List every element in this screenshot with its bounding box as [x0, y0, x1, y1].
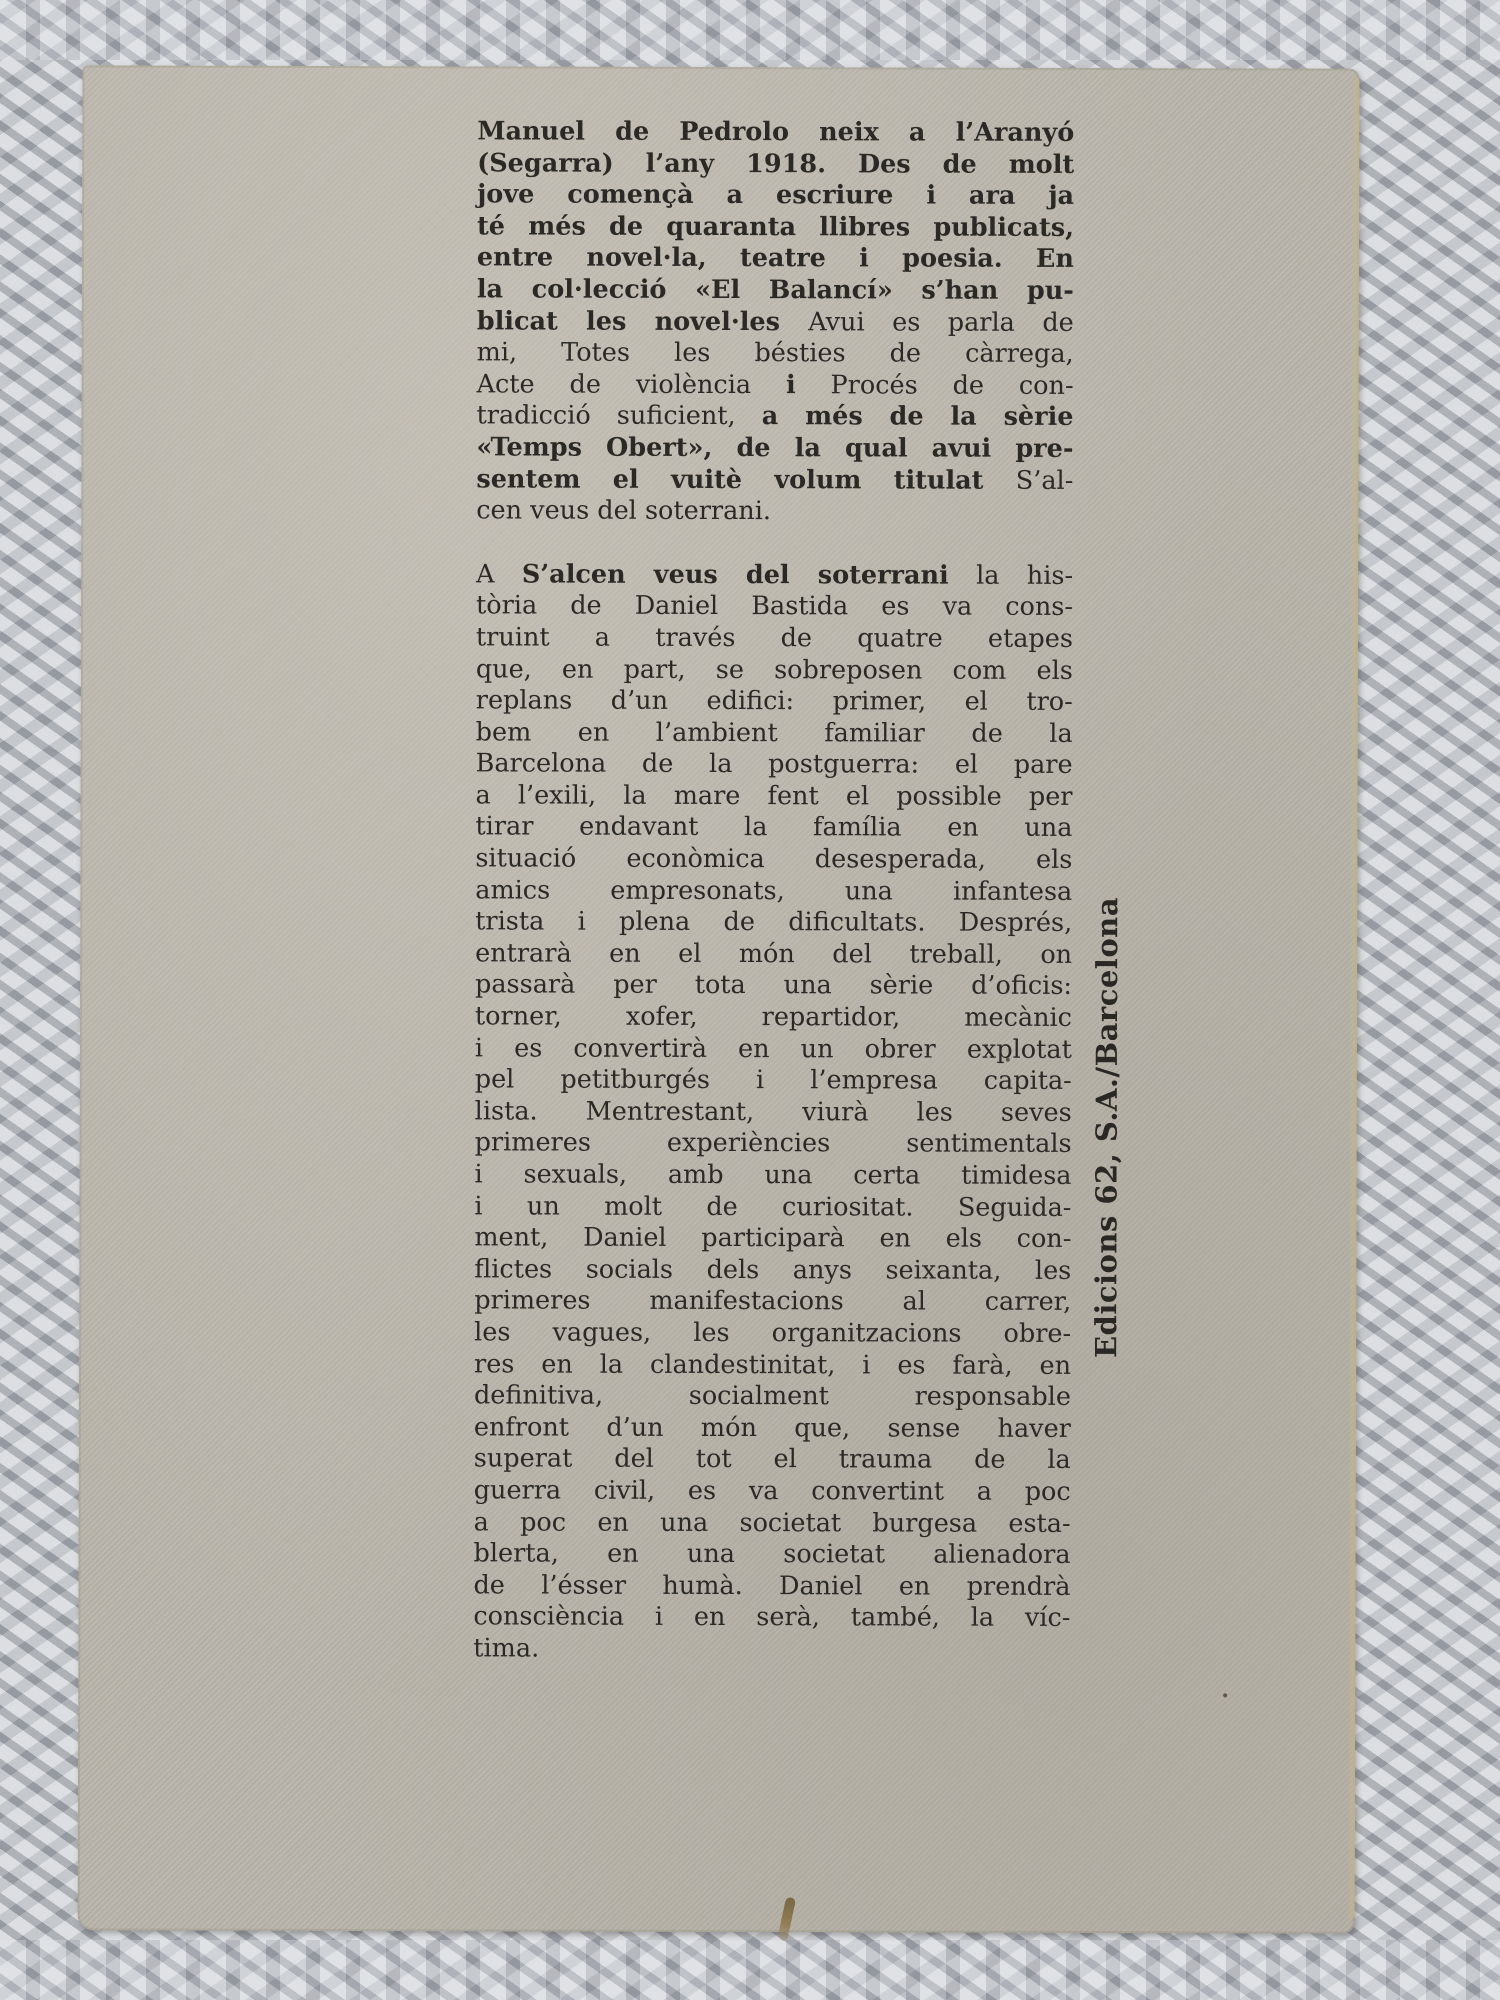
text-run: tima. — [473, 1633, 539, 1663]
text-run: situació econòmica desesperada, els — [475, 843, 1072, 875]
text-run: primeres experiències sentimentals — [475, 1128, 1072, 1160]
text-run: entrarà en el món del treball, on — [475, 938, 1072, 970]
bold-text-run: i — [786, 370, 796, 400]
text-run: de l’ésser humà. Daniel en prendrà — [473, 1570, 1070, 1602]
text-run: flictes socials dels anys seixanta, les — [474, 1254, 1071, 1286]
text-line: de l’ésser humà. Daniel en prendrà — [473, 1570, 1070, 1603]
text-line: bem en l’ambient familiar de la — [476, 717, 1073, 750]
text-run: S’al- — [1016, 465, 1074, 495]
bold-text-run: blicat les novel·les — [477, 306, 809, 337]
text-run: A — [476, 559, 522, 589]
text-line: a l’exili, la mare fent el possible per — [475, 780, 1072, 813]
text-run: primeres manifestacions al carrer, — [474, 1286, 1071, 1318]
text-line: trista i plena de dificultats. Després, — [475, 907, 1072, 940]
text-line: la col·lecció «El Balancí» s’han pu- — [477, 274, 1074, 307]
text-line: entre novel·la, teatre i poesia. En — [477, 243, 1074, 276]
text-run: Avui es parla de — [808, 307, 1074, 338]
text-run: i es convertirà en un obrer explotat — [475, 1033, 1072, 1065]
text-run: passarà per tota una sèrie d’oficis: — [475, 970, 1072, 1002]
text-line: a poc en una societat burgesa esta- — [474, 1507, 1071, 1540]
text-line: Acte de violència i Procés de con- — [477, 369, 1074, 402]
text-line: cen veus del soterrani. — [476, 495, 1073, 528]
text-line: Manuel de Pedrolo neix a l’Aranyó — [477, 116, 1074, 149]
book-back-cover: Manuel de Pedrolo neix a l’Aranyó(Segarr… — [78, 65, 1360, 1933]
text-line: Barcelona de la postguerra: el pare — [476, 749, 1073, 782]
text-line: flictes socials dels anys seixanta, les — [474, 1254, 1071, 1287]
text-run: cen veus del soterrani. — [476, 495, 771, 526]
text-line: i es convertirà en un obrer explotat — [475, 1033, 1072, 1066]
bold-text-run: S’alcen veus del soterrani — [522, 559, 949, 590]
text-run: a l’exili, la mare fent el possible per — [475, 780, 1072, 812]
text-line: tirar endavant la família en una — [475, 812, 1072, 845]
cover-speck — [1006, 1058, 1010, 1062]
text-run: enfront d’un món que, sense haver — [474, 1412, 1071, 1444]
text-run: superat del tot el trauma de la — [474, 1444, 1071, 1476]
text-run: i sexuals, amb una certa timidesa — [475, 1159, 1072, 1191]
text-run: guerra civil, es va convertint a poc — [474, 1475, 1071, 1507]
text-line: torner, xofer, repartidor, mecànic — [475, 1001, 1072, 1034]
text-line: mi, Totes les bésties de càrrega, — [477, 338, 1074, 371]
text-run: mi, Totes les bésties de càrrega, — [477, 338, 1074, 370]
bold-text-run: «Temps Obert», de la qual avui pre- — [476, 432, 1073, 464]
text-line: i sexuals, amb una certa timidesa — [474, 1159, 1071, 1192]
text-run: tòria de Daniel Bastida es va cons- — [476, 591, 1073, 623]
text-run: que, en part, se sobreposen com els — [476, 654, 1073, 686]
author-bio-paragraph: Manuel de Pedrolo neix a l’Aranyó(Segarr… — [476, 116, 1074, 528]
text-run: ment, Daniel participarà en els con- — [474, 1223, 1071, 1255]
text-line: res en la clandestinitat, i es farà, en — [474, 1349, 1071, 1382]
text-run: Procés de con- — [796, 370, 1074, 401]
text-line: definitiva, socialment responsable — [474, 1381, 1071, 1414]
text-run: torner, xofer, repartidor, mecànic — [475, 1001, 1072, 1033]
bold-text-run: té més de quaranta llibres publicats, — [477, 211, 1074, 243]
text-line: consciència i en serà, també, la víc- — [473, 1602, 1070, 1635]
text-line: situació econòmica desesperada, els — [475, 843, 1072, 876]
text-line: lista. Mentrestant, viurà les seves — [475, 1096, 1072, 1129]
text-line: pel petitburgés i l’empresa capita- — [475, 1065, 1072, 1098]
text-line: ment, Daniel participarà en els con- — [474, 1223, 1071, 1256]
text-line: que, en part, se sobreposen com els — [476, 654, 1073, 687]
blurb-text-column: Manuel de Pedrolo neix a l’Aranyó(Segarr… — [473, 116, 1074, 1666]
text-line: superat del tot el trauma de la — [474, 1444, 1071, 1477]
text-run: replans d’un edifici: primer, el tro- — [476, 685, 1073, 717]
text-run: la his- — [949, 560, 1073, 590]
text-run: a poc en una societat burgesa esta- — [474, 1507, 1071, 1539]
text-run: res en la clandestinitat, i es farà, en — [474, 1349, 1071, 1381]
bold-text-run: jove començà a escriure i ara ja — [477, 180, 1074, 212]
rug-pattern-top — [0, 0, 1500, 60]
text-line: amics empresonats, una infantesa — [475, 875, 1072, 908]
text-run: definitiva, socialment responsable — [474, 1381, 1071, 1413]
bold-text-run: sentem el vuitè volum titulat — [476, 464, 1016, 495]
text-line: blerta, en una societat alienadora — [474, 1538, 1071, 1571]
text-line: passarà per tota una sèrie d’oficis: — [475, 970, 1072, 1003]
text-line: truint a través de quatre etapes — [476, 622, 1073, 655]
text-run: bem en l’ambient familiar de la — [476, 717, 1073, 749]
text-run: blerta, en una societat alienadora — [474, 1538, 1071, 1570]
bold-text-run: entre novel·la, teatre i poesia. En — [477, 243, 1074, 275]
text-run: tradicció suficient, — [476, 401, 761, 432]
text-line: enfront d’un món que, sense haver — [474, 1412, 1071, 1445]
text-run: truint a través de quatre etapes — [476, 622, 1073, 654]
text-line: tima. — [473, 1633, 1070, 1666]
text-line: blicat les novel·les Avui es parla de — [477, 306, 1074, 339]
text-run: tirar endavant la família en una — [475, 812, 1072, 844]
text-line: tradicció suficient, a més de la sèrie — [476, 401, 1073, 434]
text-line: (Segarra) l’any 1918. Des de molt — [477, 148, 1074, 181]
text-line: primeres manifestacions al carrer, — [474, 1286, 1071, 1319]
text-run: lista. Mentrestant, viurà les seves — [475, 1096, 1072, 1128]
rug-pattern-bottom — [0, 1940, 1500, 2000]
text-line: «Temps Obert», de la qual avui pre- — [476, 432, 1073, 465]
text-line: guerra civil, es va convertint a poc — [474, 1475, 1071, 1508]
cover-worn-edge — [1347, 75, 1360, 1922]
text-line: i un molt de curiositat. Seguida- — [474, 1191, 1071, 1224]
text-line: primeres experiències sentimentals — [475, 1128, 1072, 1161]
text-line: sentem el vuitè volum titulat S’al- — [476, 464, 1073, 497]
text-run: Barcelona de la postguerra: el pare — [476, 749, 1073, 781]
text-run: i un molt de curiositat. Seguida- — [474, 1191, 1071, 1223]
text-run: amics empresonats, una infantesa — [475, 875, 1072, 907]
text-line: A S’alcen veus del soterrani la his- — [476, 559, 1073, 592]
cover-stain-mark — [777, 1897, 796, 1942]
text-run: consciència i en serà, també, la víc- — [473, 1602, 1070, 1634]
bold-text-run: Manuel de Pedrolo neix a l’Aranyó — [477, 116, 1074, 148]
bold-text-run: a més de la sèrie — [762, 401, 1074, 432]
bold-text-run: la col·lecció «El Balancí» s’han pu- — [477, 274, 1074, 306]
bold-text-run: (Segarra) l’any 1918. Des de molt — [477, 148, 1074, 180]
text-line: les vagues, les organitzacions obre- — [474, 1317, 1071, 1350]
cover-speck — [1223, 1693, 1227, 1697]
synopsis-paragraph: A S’alcen veus del soterrani la his-tòri… — [473, 559, 1073, 1666]
text-line: entrarà en el món del treball, on — [475, 938, 1072, 971]
publisher-imprint: Edicions 62, S.A./Barcelona — [1089, 897, 1124, 1358]
text-line: tòria de Daniel Bastida es va cons- — [476, 591, 1073, 624]
text-run: Acte de violència — [477, 369, 786, 400]
text-run: les vagues, les organitzacions obre- — [474, 1317, 1071, 1349]
text-line: té més de quaranta llibres publicats, — [477, 211, 1074, 244]
text-line: jove començà a escriure i ara ja — [477, 180, 1074, 213]
text-run: trista i plena de dificultats. Després, — [475, 907, 1072, 939]
text-line: replans d’un edifici: primer, el tro- — [476, 685, 1073, 718]
text-run: pel petitburgés i l’empresa capita- — [475, 1065, 1072, 1097]
